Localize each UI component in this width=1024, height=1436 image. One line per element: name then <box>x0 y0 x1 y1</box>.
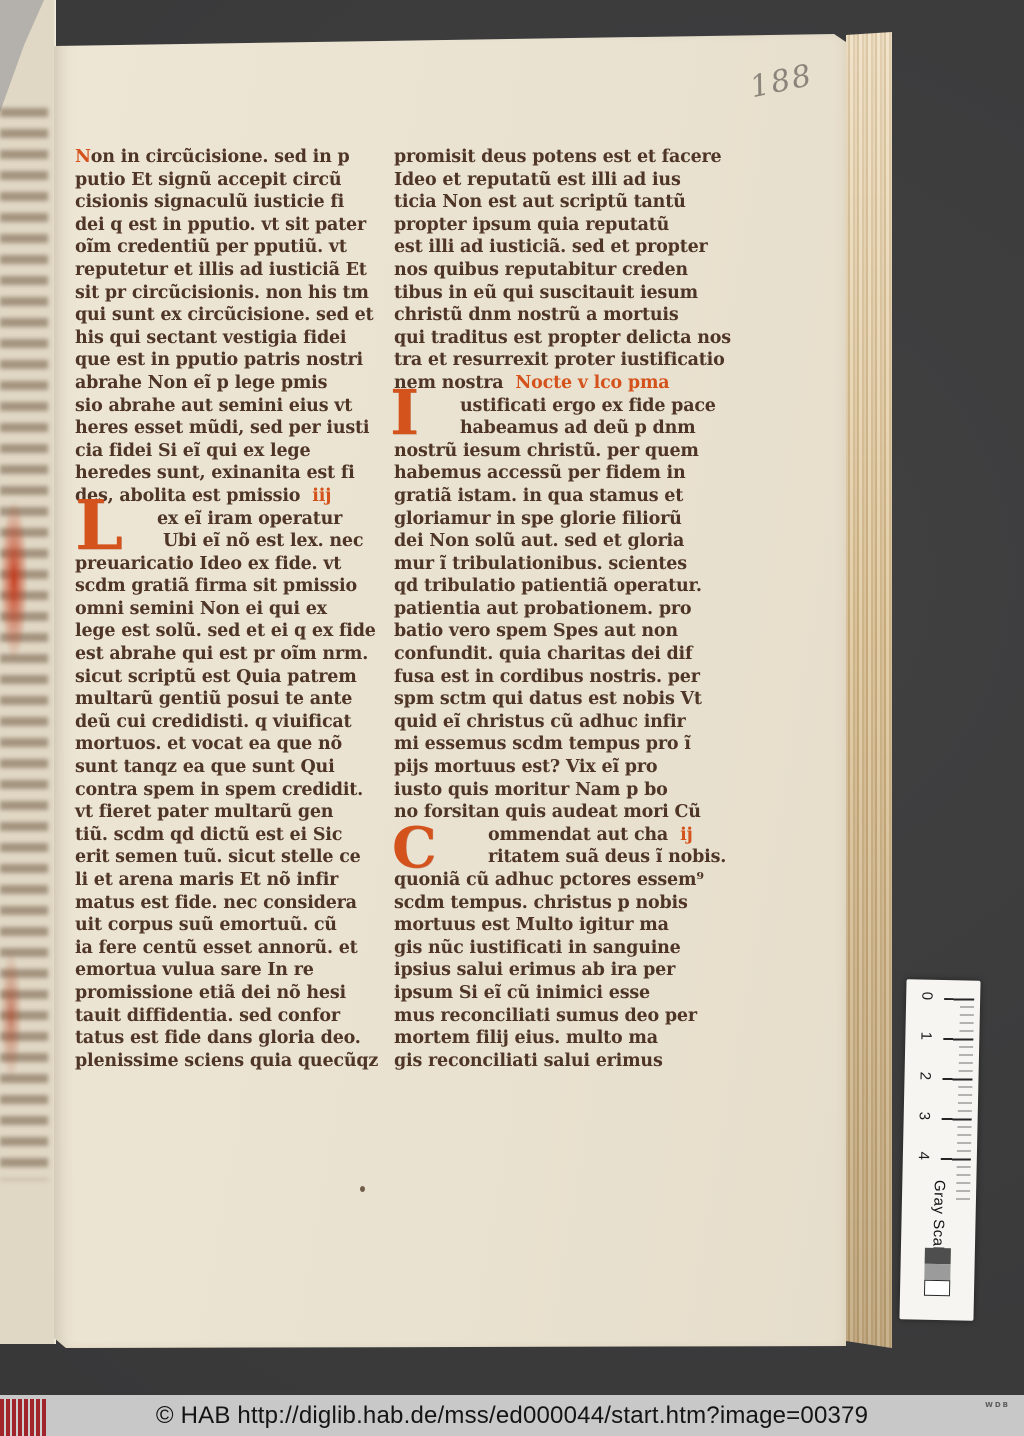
book-fore-edge <box>846 32 892 1348</box>
manuscript-line: sunt tanqz ea que sunt Qui <box>75 756 391 779</box>
ink-text: ex eĩ iram operatur <box>157 509 342 529</box>
rubric-text: iij <box>312 486 331 506</box>
caption-watermark: WDB <box>985 1401 1010 1409</box>
grayscale-ruler: 01234 <box>902 997 980 1201</box>
manuscript-line: erit semen tuũ. sicut stelle ce <box>75 846 391 869</box>
manuscript-line: abrahe Non eĩ p lege pmis <box>75 372 391 395</box>
manuscript-line: heredes sunt, exinanita est fi <box>75 462 391 485</box>
manuscript-line: ticia Non est aut scriptũ tantũ <box>394 191 730 214</box>
ink-text: pijs mortuus est? Vix eĩ pro <box>394 757 657 777</box>
manuscript-line: sit pr circũcisionis. non his tm <box>75 282 391 305</box>
ink-text: reputetur et illis ad iusticiã Et <box>75 260 367 280</box>
manuscript-line: matus est fide. nec considera <box>75 892 391 915</box>
ink-text: Ubi eĩ nõ est lex. nec <box>163 531 363 551</box>
manuscript-line: qui sunt ex circũcisione. sed et <box>75 304 391 327</box>
manuscript-line: christũ dnm nostrũ a mortuis <box>394 304 730 327</box>
ink-text: ustificati ergo ex fide pace <box>460 396 716 416</box>
ink-text: abrahe Non eĩ p lege pmis <box>75 373 327 393</box>
ink-text: gloriamur in spe glorie filiorũ <box>394 509 682 529</box>
ink-text: tiũ. scdm qd dictũ est ei Sic <box>75 825 342 845</box>
ink-text: emortua vulua sare In re <box>75 960 314 980</box>
ink-text: spm sctm qui datus est nobis Vt <box>394 689 702 709</box>
manuscript-line: ipsius salui erimus ab ira per <box>394 959 730 982</box>
ink-text: confundit. quia charitas dei dif <box>394 644 692 664</box>
text-column-left-lines: Non in circũcisione. sed in pputio Et si… <box>75 146 391 1072</box>
ink-text: tibus in eũ qui suscitauit iesum <box>394 283 698 303</box>
manuscript-line: batio vero spem Spes aut non <box>394 620 730 643</box>
ruler-number: 0 <box>918 992 935 1001</box>
manuscript-line: iusto quis moritur Nam p bo <box>394 779 730 802</box>
manuscript-line: gis reconciliati salui erimus <box>394 1050 730 1073</box>
manuscript-line: gloriamur in spe glorie filiorũ <box>394 508 730 531</box>
ink-text: cia fidei Si eĩ qui ex lege <box>75 441 310 461</box>
manuscript-line: mortuos. et vocat ea que nõ <box>75 733 391 756</box>
ink-text: vt fieret pater multarũ gen <box>75 802 333 822</box>
manuscript-line: spm sctm qui datus est nobis Vt <box>394 688 730 711</box>
ink-text: omni semini Non ei qui ex <box>75 599 327 619</box>
ink-text: oĩm credentiũ per pputiũ. vt <box>75 237 347 257</box>
manuscript-line: que est in pputio patris nostri <box>75 349 391 372</box>
ink-text: christũ dnm nostrũ a mortuis <box>394 305 678 325</box>
ink-text: habeamus ad deũ p dnm <box>460 418 695 438</box>
ink-text: no forsitan quis audeat mori Cũ <box>394 802 701 822</box>
manuscript-line: deũ cui credidisti. q viuificat <box>75 711 391 734</box>
caption-text: © HAB http://diglib.hab.de/mss/ed000044/… <box>0 1402 1024 1430</box>
manuscript-line: tra et resurrexit proter iustificatio <box>394 349 730 372</box>
ink-text: ommendat aut cha <box>488 825 668 845</box>
ink-text: tatus est fide dans gloria deo. <box>75 1028 361 1048</box>
ink-text: mi essemus scdm tempus pro ĩ <box>394 734 691 754</box>
ink-text: scdm gratiã firma sit pmissio <box>75 576 357 596</box>
manuscript-line: sio abrahe aut semini eius vt <box>75 395 391 418</box>
manuscript-line: scdm tempus. christus p nobis <box>394 892 730 915</box>
manuscript-line: pijs mortuus est? Vix eĩ pro <box>394 756 730 779</box>
manuscript-line: habemus accessũ per fidem in <box>394 462 730 485</box>
ink-text: mus reconciliati sumus deo per <box>394 1006 697 1026</box>
manuscript-line: ustificati ergo ex fide pace <box>394 395 730 418</box>
ink-text: batio vero spem Spes aut non <box>394 621 678 641</box>
ruler-number: 4 <box>915 1151 932 1160</box>
ink-text: scdm tempus. christus p nobis <box>394 893 688 913</box>
ink-text: multarũ gentiũ posui te ante <box>75 689 352 709</box>
text-column-left: Non in circũcisione. sed in pputio Et si… <box>75 146 391 1072</box>
manuscript-line: fusa est in cordibus nostris. per <box>394 666 730 689</box>
ink-text: his qui sectant vestigia fidei <box>75 328 346 348</box>
ruler-number: 3 <box>916 1111 933 1120</box>
ink-text: promissione etiã dei nõ hesi <box>75 983 346 1003</box>
ink-text: putio Et signũ accepit circũ <box>75 170 341 190</box>
manuscript-line: dei q est in pputio. vt sit pater <box>75 214 391 237</box>
ink-text: que est in pputio patris nostri <box>75 350 363 370</box>
text-column-right-lines: promisit deus potens est et facereIdeo e… <box>394 146 730 1072</box>
manuscript-line: mortem filij eius. multo ma <box>394 1027 730 1050</box>
ink-text: sio abrahe aut semini eius vt <box>75 396 352 416</box>
ink-text: ia fere centũ esset annorũ. et <box>75 938 358 958</box>
manuscript-line: putio Et signũ accepit circũ <box>75 169 391 192</box>
ink-text: deũ cui credidisti. q viuificat <box>75 712 351 732</box>
ruler-ticks <box>940 998 974 1201</box>
ink-text: contra spem in spem credidit. <box>75 780 363 800</box>
red-initial-C: C <box>392 822 436 874</box>
manuscript-line: gratiã istam. in qua stamus et <box>394 485 730 508</box>
ink-text: habemus accessũ per fidem in <box>394 463 686 483</box>
text-column-right: promisit deus potens est et facereIdeo e… <box>394 146 730 1072</box>
manuscript-line: mi essemus scdm tempus pro ĩ <box>394 733 730 756</box>
manuscript-line: contra spem in spem credidit. <box>75 779 391 802</box>
ink-text: fusa est in cordibus nostris. per <box>394 667 700 687</box>
ink-text: on in circũcisione. sed in p <box>91 147 350 167</box>
ink-text: cisionis signaculũ iusticie fi <box>75 192 344 212</box>
manuscript-line: tatus est fide dans gloria deo. <box>75 1027 391 1050</box>
ink-text: sunt tanqz ea que sunt Qui <box>75 757 335 777</box>
manuscript-line: propter ipsum quia reputatũ <box>394 214 730 237</box>
ink-text: erit semen tuũ. sicut stelle ce <box>75 847 361 867</box>
ink-text: plenissime sciens quia quecũqz <box>75 1051 378 1071</box>
ink-text: lege est solũ. sed et ei q ex fide <box>75 621 376 641</box>
ink-text: qui traditus est propter delicta nos <box>394 328 731 348</box>
manuscript-line: ipsum Si eĩ cũ inimici esse <box>394 982 730 1005</box>
manuscript-line: promisit deus potens est et facere <box>394 146 730 169</box>
manuscript-line: qui traditus est propter delicta nos <box>394 327 730 350</box>
manuscript-line: his qui sectant vestigia fidei <box>75 327 391 350</box>
grayscale-patch <box>925 1248 951 1265</box>
ruler-number: 2 <box>916 1071 933 1080</box>
ink-text: quid eĩ christus cũ adhuc infir <box>394 712 685 732</box>
ink-text: gratiã istam. in qua stamus et <box>394 486 683 506</box>
manuscript-line: nem nostraNocte v lco pma <box>394 372 730 395</box>
manuscript-line: multarũ gentiũ posui te ante <box>75 688 391 711</box>
ink-text: est abrahe qui est pr oĩm nrm. <box>75 644 368 664</box>
ink-text: propter ipsum quia reputatũ <box>394 215 669 235</box>
manuscript-line: li et arena maris Et nõ infir <box>75 869 391 892</box>
manuscript-line: scdm gratiã firma sit pmissio <box>75 575 391 598</box>
ink-text: sit pr circũcisionis. non his tm <box>75 283 369 303</box>
ink-text: promisit deus potens est et facere <box>394 147 722 167</box>
manuscript-line: promissione etiã dei nõ hesi <box>75 982 391 1005</box>
manuscript-line: cia fidei Si eĩ qui ex lege <box>75 440 391 463</box>
manuscript-line: tiũ. scdm qd dictũ est ei Sic <box>75 824 391 847</box>
red-initial-I: I <box>390 384 419 442</box>
ink-text: ticia Non est aut scriptũ tantũ <box>394 192 686 212</box>
manuscript-line: quid eĩ christus cũ adhuc infir <box>394 711 730 734</box>
ink-blemish <box>360 1186 365 1192</box>
scan-background: { "folio_number": "188", "caption": { "t… <box>0 0 1024 1436</box>
grayscale-patch <box>924 1264 950 1281</box>
manuscript-line: patientia aut probationem. pro <box>394 598 730 621</box>
rubric-text: Nocte v lco pma <box>515 373 669 393</box>
manuscript-line: mortuus est Multo igitur ma <box>394 914 730 937</box>
facing-page-corner <box>0 0 44 112</box>
manuscript-line: heres esset mũdi, sed per iusti <box>75 417 391 440</box>
ruler-number: 1 <box>917 1032 934 1041</box>
grayscale-calibration-card: 01234 Gray Scale <box>899 979 980 1320</box>
ink-text: tra et resurrexit proter iustificatio <box>394 350 725 370</box>
manuscript-line: omni semini Non ei qui ex <box>75 598 391 621</box>
ink-text: matus est fide. nec considera <box>75 893 357 913</box>
manuscript-line: oĩm credentiũ per pputiũ. vt <box>75 236 391 259</box>
grayscale-patches <box>924 1248 951 1297</box>
ink-text: ritatem suã deus ĩ nobis. <box>488 847 726 867</box>
ink-text: mortem filij eius. multo ma <box>394 1028 658 1048</box>
ink-text: li et arena maris Et nõ infir <box>75 870 338 890</box>
manuscript-line: mur ĩ tribulationibus. scientes <box>394 553 730 576</box>
ink-text: est illi ad iusticiã. sed et propter <box>394 237 708 257</box>
manuscript-line: tauit diffidentia. sed confor <box>75 1005 391 1028</box>
ink-text: tauit diffidentia. sed confor <box>75 1006 340 1026</box>
facing-page-edge <box>0 0 56 1344</box>
manuscript-line: reputetur et illis ad iusticiã Et <box>75 259 391 282</box>
ink-text: ipsius salui erimus ab ira per <box>394 960 675 980</box>
manuscript-line: est abrahe qui est pr oĩm nrm. <box>75 643 391 666</box>
manuscript-line: dei Non solũ aut. sed et gloria <box>394 530 730 553</box>
manuscript-line: gis nũc iustificati in sanguine <box>394 937 730 960</box>
manuscript-line: emortua vulua sare In re <box>75 959 391 982</box>
ink-text: nostrũ iesum christũ. per quem <box>394 441 699 461</box>
manuscript-line: ommendat aut chaij <box>394 824 730 847</box>
manuscript-line: nos quibus reputabitur creden <box>394 259 730 282</box>
manuscript-line: ritatem suã deus ĩ nobis. <box>394 846 730 869</box>
manuscript-line: mus reconciliati sumus deo per <box>394 1005 730 1028</box>
ink-text: patientia aut probationem. pro <box>394 599 691 619</box>
manuscript-line: quoniã cũ adhuc pctores essem⁹ <box>394 869 730 892</box>
manuscript-line: Non in circũcisione. sed in p <box>75 146 391 169</box>
manuscript-line: vt fieret pater multarũ gen <box>75 801 391 824</box>
caption-band: © HAB http://diglib.hab.de/mss/ed000044/… <box>0 1395 1024 1436</box>
facing-page-red-mark-blur <box>0 950 22 1080</box>
facing-page-red-initial-blur <box>0 500 28 660</box>
manuscript-line: tibus in eũ qui suscitauit iesum <box>394 282 730 305</box>
manuscript-line: no forsitan quis audeat mori Cũ <box>394 801 730 824</box>
ink-text: dei q est in pputio. vt sit pater <box>75 215 366 235</box>
ink-text: mortuos. et vocat ea que nõ <box>75 734 342 754</box>
ink-text: iusto quis moritur Nam p bo <box>394 780 668 800</box>
ink-text: heres esset mũdi, sed per iusti <box>75 418 369 438</box>
ink-text: mortuus est Multo igitur ma <box>394 915 669 935</box>
manuscript-line: lege est solũ. sed et ei q ex fide <box>75 620 391 643</box>
ink-text: Ideo et reputatũ est illi ad ius <box>394 170 681 190</box>
manuscript-line: nostrũ iesum christũ. per quem <box>394 440 730 463</box>
ink-text: qd tribulatio patientiã operatur. <box>394 576 702 596</box>
ink-text: sicut scriptũ est Quia patrem <box>75 667 357 687</box>
manuscript-line: cisionis signaculũ iusticie fi <box>75 191 391 214</box>
ink-text: ipsum Si eĩ cũ inimici esse <box>394 983 650 1003</box>
ink-text: dei Non solũ aut. sed et gloria <box>394 531 684 551</box>
manuscript-line: sicut scriptũ est Quia patrem <box>75 666 391 689</box>
manuscript-line: uit corpus suũ emortuũ. cũ <box>75 914 391 937</box>
ink-text: nos quibus reputabitur creden <box>394 260 688 280</box>
ink-text: gis nũc iustificati in sanguine <box>394 938 681 958</box>
manuscript-line: est illi ad iusticiã. sed et propter <box>394 236 730 259</box>
ink-text: mur ĩ tribulationibus. scientes <box>394 554 687 574</box>
ink-text: gis reconciliati salui erimus <box>394 1051 663 1071</box>
ink-text: qui sunt ex circũcisione. sed et <box>75 305 373 325</box>
manuscript-line: Ideo et reputatũ est illi ad ius <box>394 169 730 192</box>
manuscript-line: ia fere centũ esset annorũ. et <box>75 937 391 960</box>
red-initial-L: L <box>75 496 123 556</box>
ink-text: heredes sunt, exinanita est fi <box>75 463 355 483</box>
manuscript-line: plenissime sciens quia quecũqz <box>75 1050 391 1073</box>
rubric-text: ij <box>680 825 693 845</box>
ink-text: quoniã cũ adhuc pctores essem⁹ <box>394 870 704 890</box>
manuscript-line: habeamus ad deũ p dnm <box>394 417 730 440</box>
ink-text: uit corpus suũ emortuũ. cũ <box>75 915 337 935</box>
grayscale-patch <box>924 1280 950 1297</box>
manuscript-line: qd tribulatio patientiã operatur. <box>394 575 730 598</box>
manuscript-line: confundit. quia charitas dei dif <box>394 643 730 666</box>
rubric-text: N <box>75 147 91 167</box>
